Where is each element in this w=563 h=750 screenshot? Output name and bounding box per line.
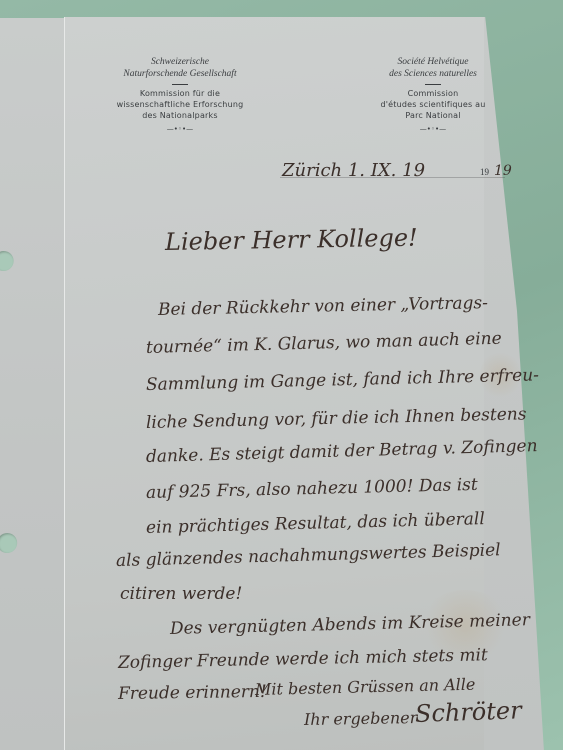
ornament-icon: —•◦•— <box>368 125 498 133</box>
signature: Schröter <box>415 696 523 728</box>
punch-hole-top <box>0 251 14 271</box>
ornament-icon: —•◦•— <box>85 125 275 133</box>
salutation: Lieber Herr Kollege! <box>165 224 418 256</box>
signature-prefix: Ihr ergebener <box>304 708 418 729</box>
printed-year-prefix: 19 <box>480 167 489 177</box>
body-line: Freude erinnern! <box>118 682 267 704</box>
letterhead-rule <box>172 84 188 85</box>
letterhead-rule <box>425 84 441 85</box>
punch-hole-bottom <box>0 533 17 553</box>
body-line: citiren werde! <box>120 584 242 604</box>
commission-name-fr: Commission d'études scientifiques au Par… <box>368 88 498 121</box>
commission-name-de: Kommission für die wissenschaftliche Erf… <box>85 88 275 121</box>
society-name-fr: Société Helvétique des Sciences naturell… <box>368 56 498 80</box>
date-place-day: Zürich 1. IX. 19 <box>282 160 425 181</box>
handwritten-year: 19 <box>494 163 512 179</box>
letterhead-french: Société Helvétique des Sciences naturell… <box>368 56 498 133</box>
society-name-de: Schweizerische Naturforschende Gesellsch… <box>85 56 275 80</box>
letterhead-german: Schweizerische Naturforschende Gesellsch… <box>85 56 275 133</box>
